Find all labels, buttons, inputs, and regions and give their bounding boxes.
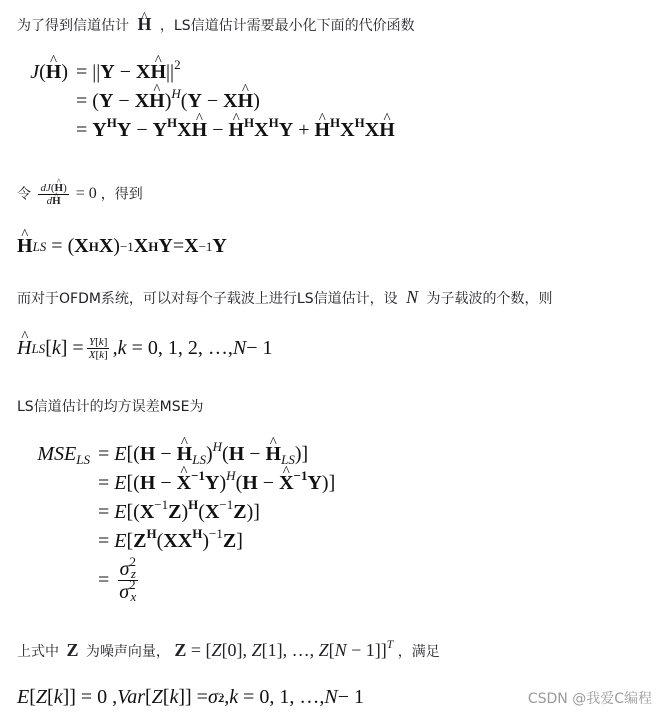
cost-lhs: J(H)	[20, 61, 68, 84]
mse-row-3: = E[(X−1Z)H(X−1Z)]	[98, 501, 260, 524]
per-subcarrier-equation: HLS[k] = Y[k] X[k] , k = 0, 1, 2, …, N −…	[17, 334, 272, 363]
derivative-suffix: ，得到	[101, 186, 143, 202]
noise-paragraph: 上式中 Z 为噪声向量， Z = [Z[0], Z[1], …, Z[N − 1…	[17, 640, 440, 662]
cost-row-2: = (Y − XH)H(Y − XH)	[76, 90, 260, 113]
intro-suffix: ，LS信道估计需要最小化下面的代价函数	[160, 18, 415, 34]
mse-row-2: = E[(H − X−1Y)H(H − X−1Y)]	[98, 472, 335, 495]
csdn-watermark: CSDN @我爱C编程	[528, 688, 652, 708]
yk-xk-fraction: Y[k] X[k]	[87, 336, 110, 361]
z-vector-formula: Z = [Z[0], Z[1], …, Z[N − 1]]T	[174, 640, 393, 660]
derivative-formula: dJ(H) dH = 0	[35, 185, 100, 202]
cost-row-1: = ||Y − XH||2	[76, 61, 181, 84]
noise-stats-equation: E[Z[k]] = 0 , Var[Z[k]] = σ2z, k = 0, 1,…	[17, 683, 364, 712]
mse-equation: MSELS = E[(H − HLS)H(H − HLS)] = E[(H − …	[20, 440, 335, 604]
mse-lhs: MSELS	[20, 443, 90, 466]
ofdm-suffix: 为子载波的个数，则	[427, 291, 553, 307]
mse-intro: LS信道估计的均方误差MSE为	[17, 397, 204, 417]
noise-prefix: 上式中	[17, 644, 59, 660]
ls-solution-equation: HLS = (XHX)−1XHY = X−1Y	[17, 232, 227, 261]
derivative-fraction: dJ(H) dH	[38, 182, 68, 207]
noise-suffix: ，满足	[398, 644, 440, 660]
ofdm-prefix: 而对于OFDM系统，可以对每个子载波上进行LS信道估计，设	[17, 291, 398, 307]
intro-paragraph: 为了得到信道估计 H ，LS信道估计需要最小化下面的代价函数	[17, 14, 415, 36]
mse-row-1: = E[(H − HLS)H(H − HLS)]	[98, 443, 308, 466]
h-hat-symbol: H	[137, 14, 151, 34]
intro-prefix: 为了得到信道估计	[17, 18, 129, 34]
mse-row-5: = σ2z σ2x	[98, 558, 141, 603]
mse-row-4: = E[ZH(XXH)−1Z]	[98, 530, 243, 553]
z-symbol: Z	[66, 640, 78, 660]
n-symbol: N	[406, 287, 418, 307]
derivative-paragraph: 令 dJ(H) dH = 0 ，得到	[17, 182, 143, 207]
cost-row-3: = YHY − YHXH − HHXHY + HHXHXH	[76, 119, 395, 142]
ofdm-paragraph: 而对于OFDM系统，可以对每个子载波上进行LS信道估计，设 N 为子载波的个数，…	[17, 287, 553, 309]
derivative-prefix: 令	[17, 186, 31, 202]
cost-function-equation: J(H) = ||Y − XH||2 = (Y − XH)H(Y − XH) =…	[20, 58, 395, 145]
noise-middle: 为噪声向量，	[86, 644, 170, 660]
